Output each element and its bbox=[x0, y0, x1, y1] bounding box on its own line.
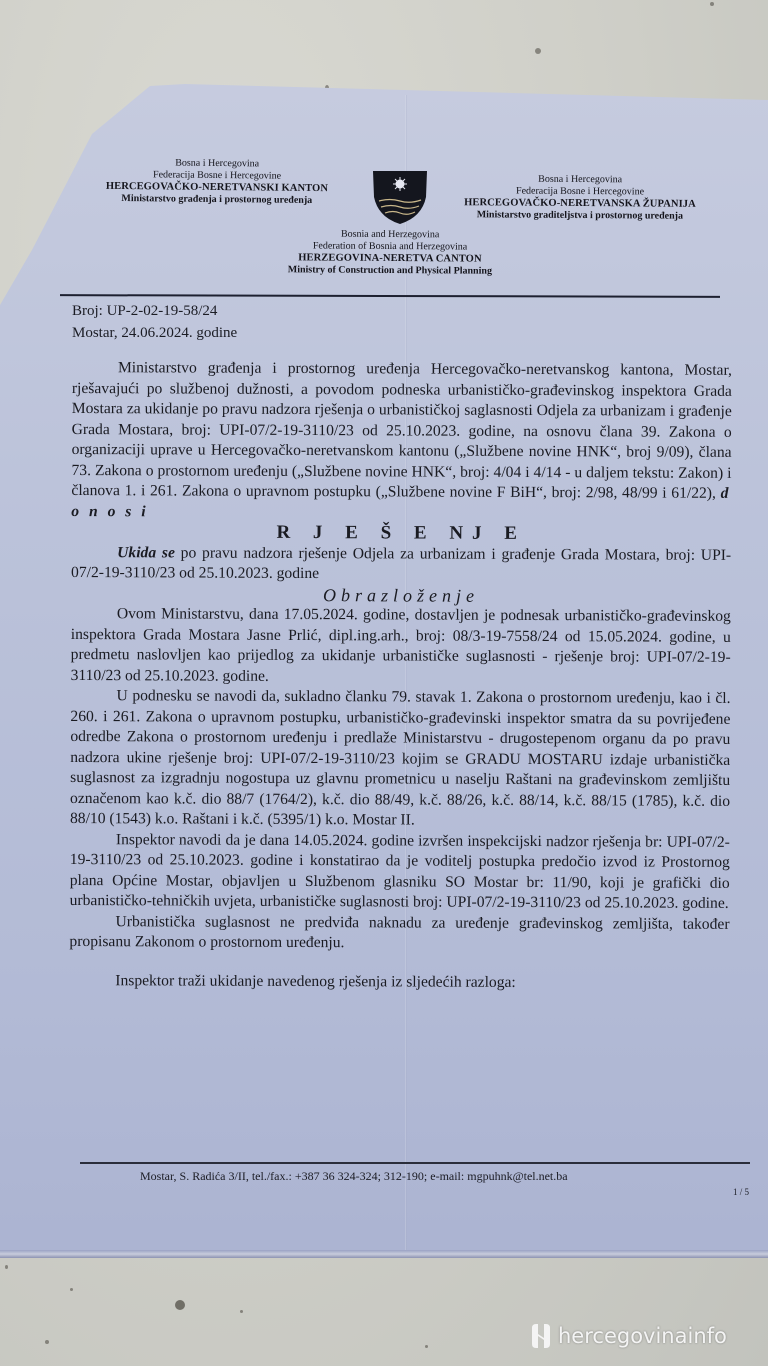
decision-paragraph: Ukida se po pravu nadzora rješenje Odjel… bbox=[71, 542, 731, 586]
hercegovinainfo-logo-icon bbox=[530, 1323, 552, 1349]
letterhead-ministry: Ministarstvo graditeljstva i prostornog … bbox=[445, 209, 715, 223]
decision-lead: Ukida se bbox=[117, 544, 175, 561]
letterhead-left: Bosna i Hercegovina Federacija Bosne i H… bbox=[82, 157, 352, 208]
document-number: Broj: UP-2-02-19-58/24 bbox=[72, 300, 237, 322]
letterhead-ministry: Ministry of Construction and Physical Pl… bbox=[250, 264, 530, 278]
decision-title: R J E Š E NJ E bbox=[71, 522, 731, 545]
canton-coat-of-arms-icon bbox=[370, 167, 430, 225]
paper-bottom-edge bbox=[0, 1250, 768, 1258]
reasoning-paragraph: Urbanistička suglasnost ne predviđa nakn… bbox=[69, 911, 729, 955]
document-place-date: Mostar, 24.06.2024. godine bbox=[72, 322, 237, 344]
footer-divider bbox=[80, 1162, 750, 1164]
reasoning-paragraph: U podnesku se navodi da, sukladno članku… bbox=[70, 686, 731, 832]
reasoning-paragraph: Inspektor navodi da je dana 14.05.2024. … bbox=[70, 829, 730, 914]
reasoning-paragraph: Ovom Ministarstvu, dana 17.05.2024. godi… bbox=[71, 604, 731, 689]
document-body: Ministarstvo građenja i prostornog uređe… bbox=[69, 358, 732, 994]
document-meta: Broj: UP-2-02-19-58/24 Mostar, 24.06.202… bbox=[72, 300, 237, 344]
letterhead-right: Bosna i Hercegovina Federacija Bosne i H… bbox=[445, 173, 715, 223]
page-number: 1 / 5 bbox=[733, 1187, 749, 1197]
watermark-text: hercegovinainfo bbox=[558, 1324, 727, 1348]
reasoning-title: Obrazloženje bbox=[71, 583, 731, 606]
watermark: hercegovinainfo bbox=[530, 1323, 727, 1349]
reasoning-paragraph: Inspektor traži ukidanje navedenog rješe… bbox=[69, 970, 729, 993]
intro-paragraph: Ministarstvo građenja i prostornog uređe… bbox=[71, 358, 732, 525]
letterhead-english: Bosnia and Herzegovina Federation of Bos… bbox=[250, 228, 530, 278]
footer-address: Mostar, S. Radića 3/II, tel./fax.: +387 … bbox=[140, 1169, 568, 1184]
